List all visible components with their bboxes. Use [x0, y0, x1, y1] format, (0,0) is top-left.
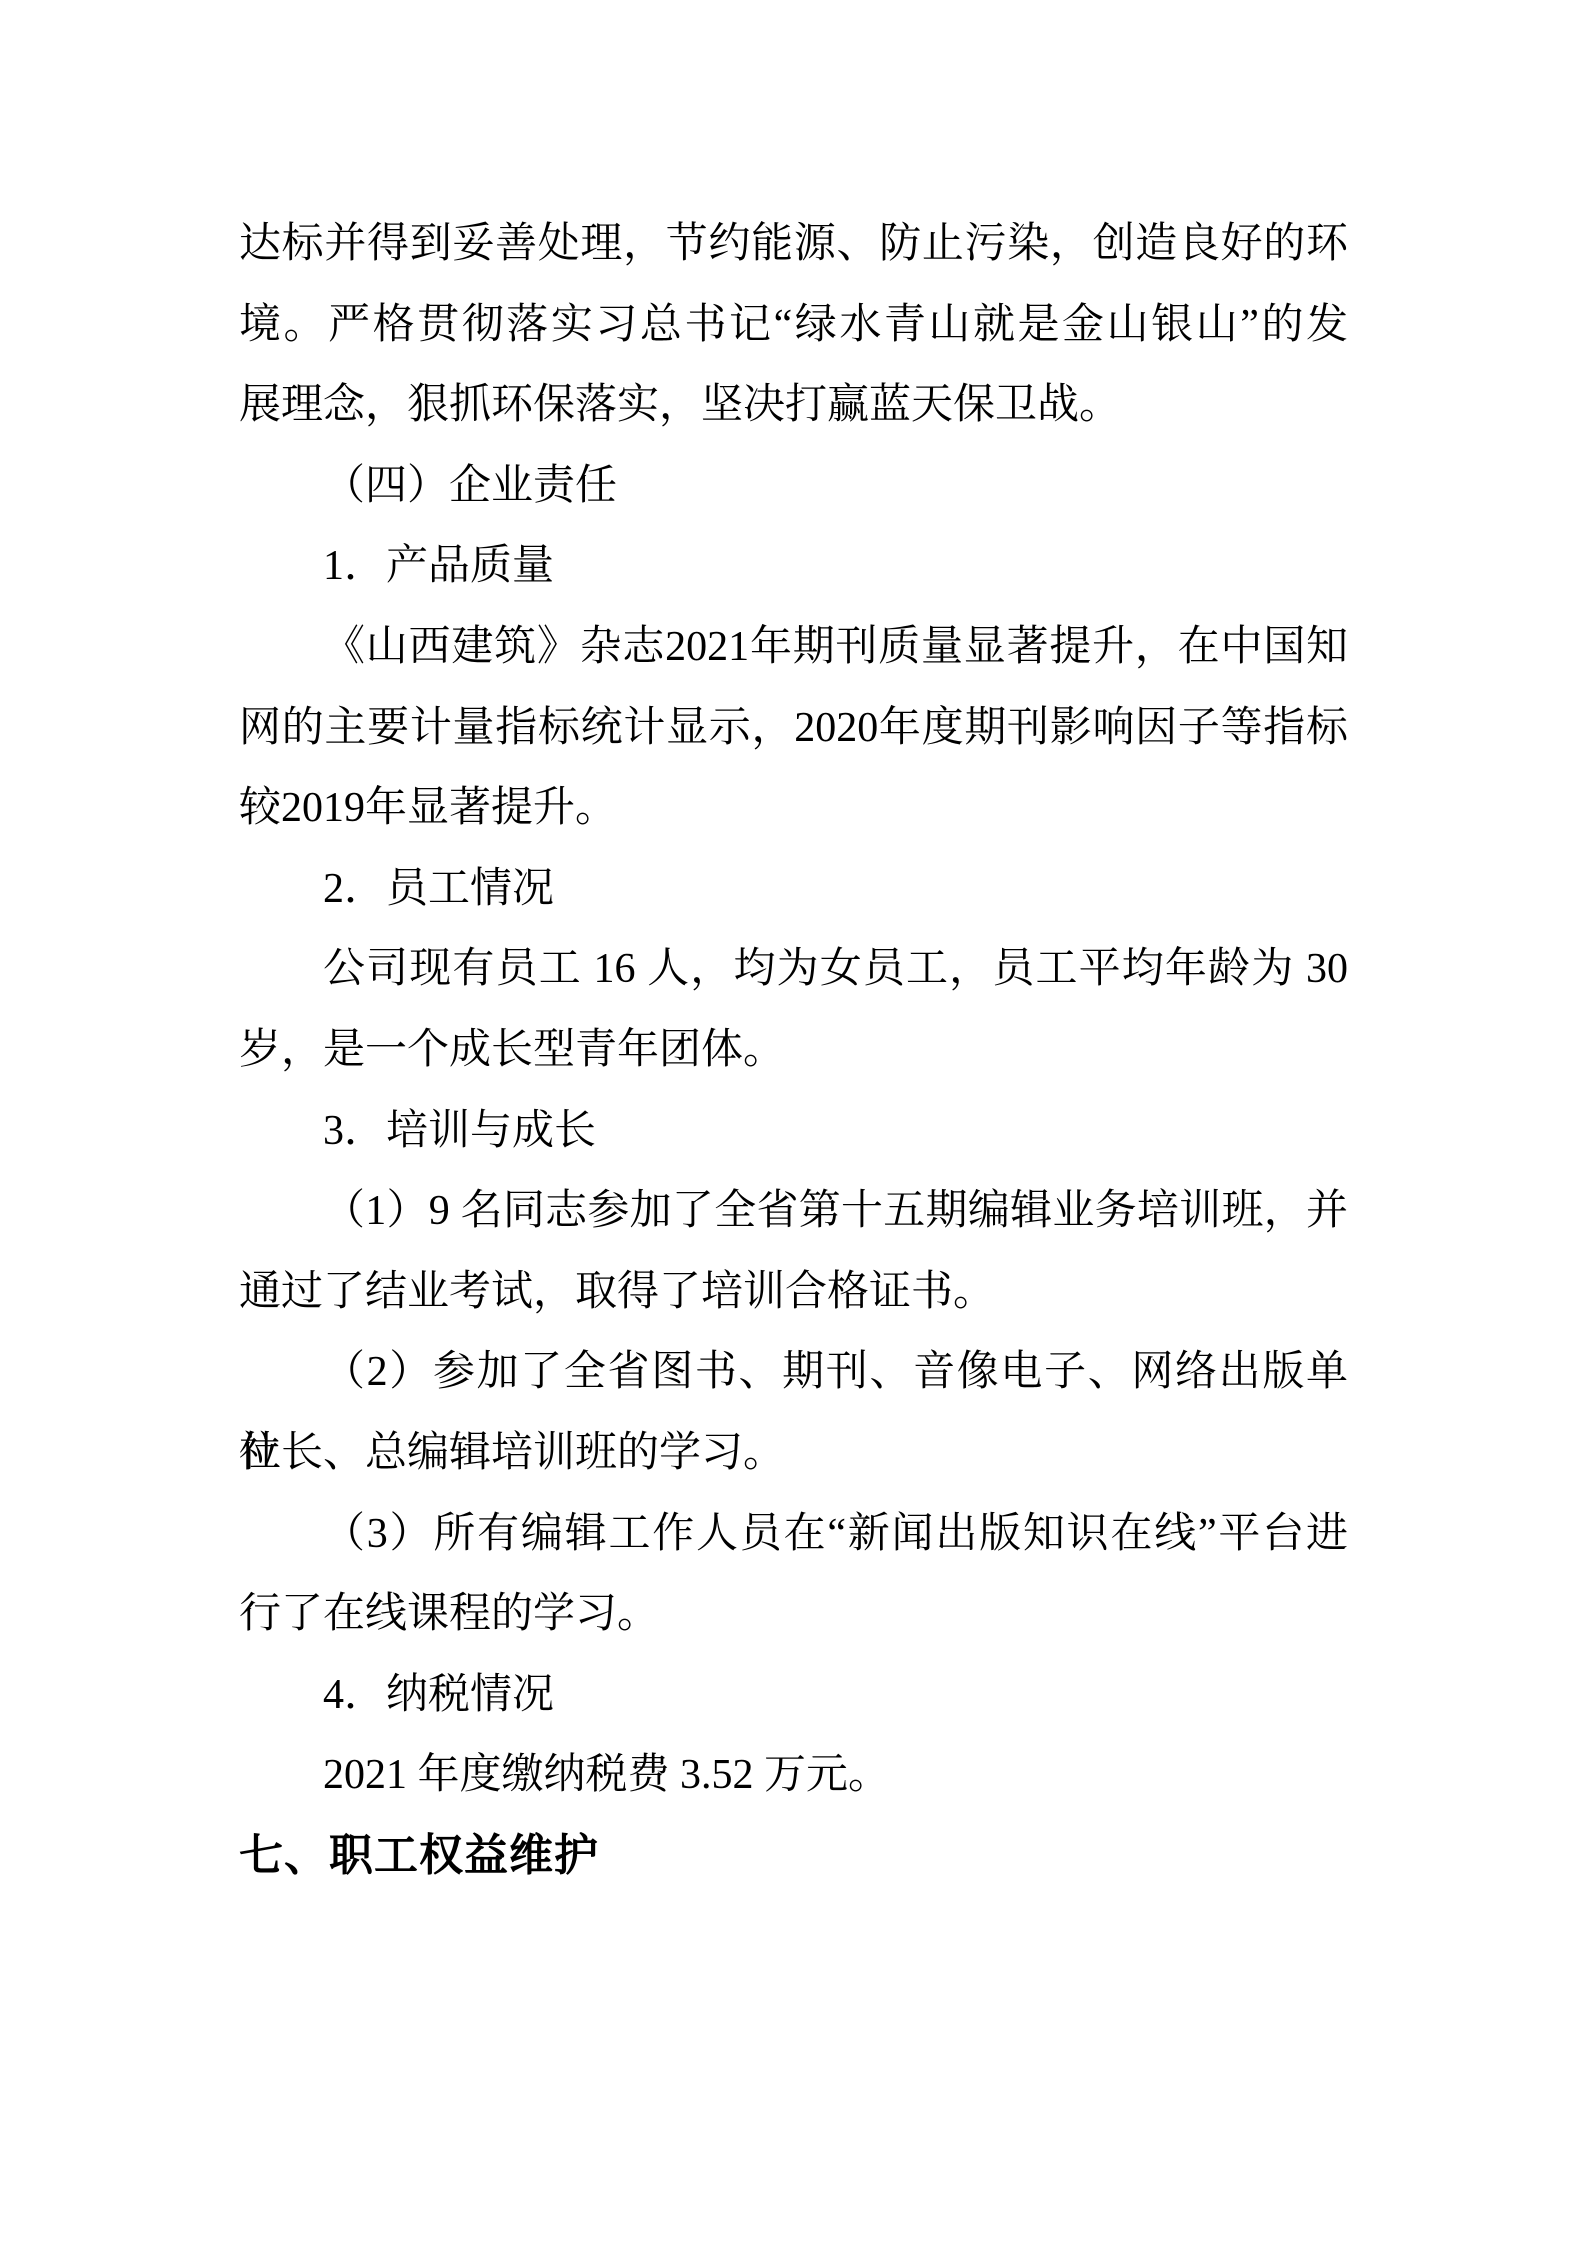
text-line: 2021 年度缴纳税费 3.52 万元。	[239, 1735, 1348, 1816]
text-line: 1．产品质量	[239, 526, 1348, 607]
text-line: 通过了结业考试，取得了培训合格证书。	[239, 1252, 1348, 1333]
text-line: 3．培训与成长	[239, 1091, 1348, 1172]
text-line: 社长、总编辑培训班的学习。	[239, 1413, 1348, 1494]
document-text-block: 达标并得到妥善处理，节约能源、防止污染，创造良好的环境。严格贯彻落实习总书记“绿…	[239, 204, 1348, 1896]
text-line: （四）企业责任	[239, 446, 1348, 527]
section-heading: 七、职工权益维护	[239, 1816, 1348, 1897]
text-line: 达标并得到妥善处理，节约能源、防止污染，创造良好的环	[239, 204, 1348, 285]
text-line: 境。严格贯彻落实习总书记“绿水青山就是金山银山”的发	[239, 285, 1348, 366]
text-line: 4．纳税情况	[239, 1655, 1348, 1736]
text-line: 网的主要计量指标统计显示，2020年度期刊影响因子等指标	[239, 688, 1348, 769]
text-line: （3）所有编辑工作人员在“新闻出版知识在线”平台进	[239, 1494, 1348, 1575]
text-line: 公司现有员工 16 人，均为女员工，员工平均年龄为 30	[239, 929, 1348, 1010]
text-line: 行了在线课程的学习。	[239, 1574, 1348, 1655]
text-line: 2．员工情况	[239, 849, 1348, 930]
text-line: 《山西建筑》杂志2021年期刊质量显著提升，在中国知	[239, 607, 1348, 688]
document-page: 达标并得到妥善处理，节约能源、防止污染，创造良好的环境。严格贯彻落实习总书记“绿…	[0, 0, 1587, 2245]
text-line: （1）9 名同志参加了全省第十五期编辑业务培训班，并	[239, 1171, 1348, 1252]
text-line: 展理念，狠抓环保落实，坚决打赢蓝天保卫战。	[239, 365, 1348, 446]
text-line: （2）参加了全省图书、期刊、音像电子、网络出版单位	[239, 1332, 1348, 1413]
text-line: 岁，是一个成长型青年团体。	[239, 1010, 1348, 1091]
text-line: 较2019年显著提升。	[239, 768, 1348, 849]
